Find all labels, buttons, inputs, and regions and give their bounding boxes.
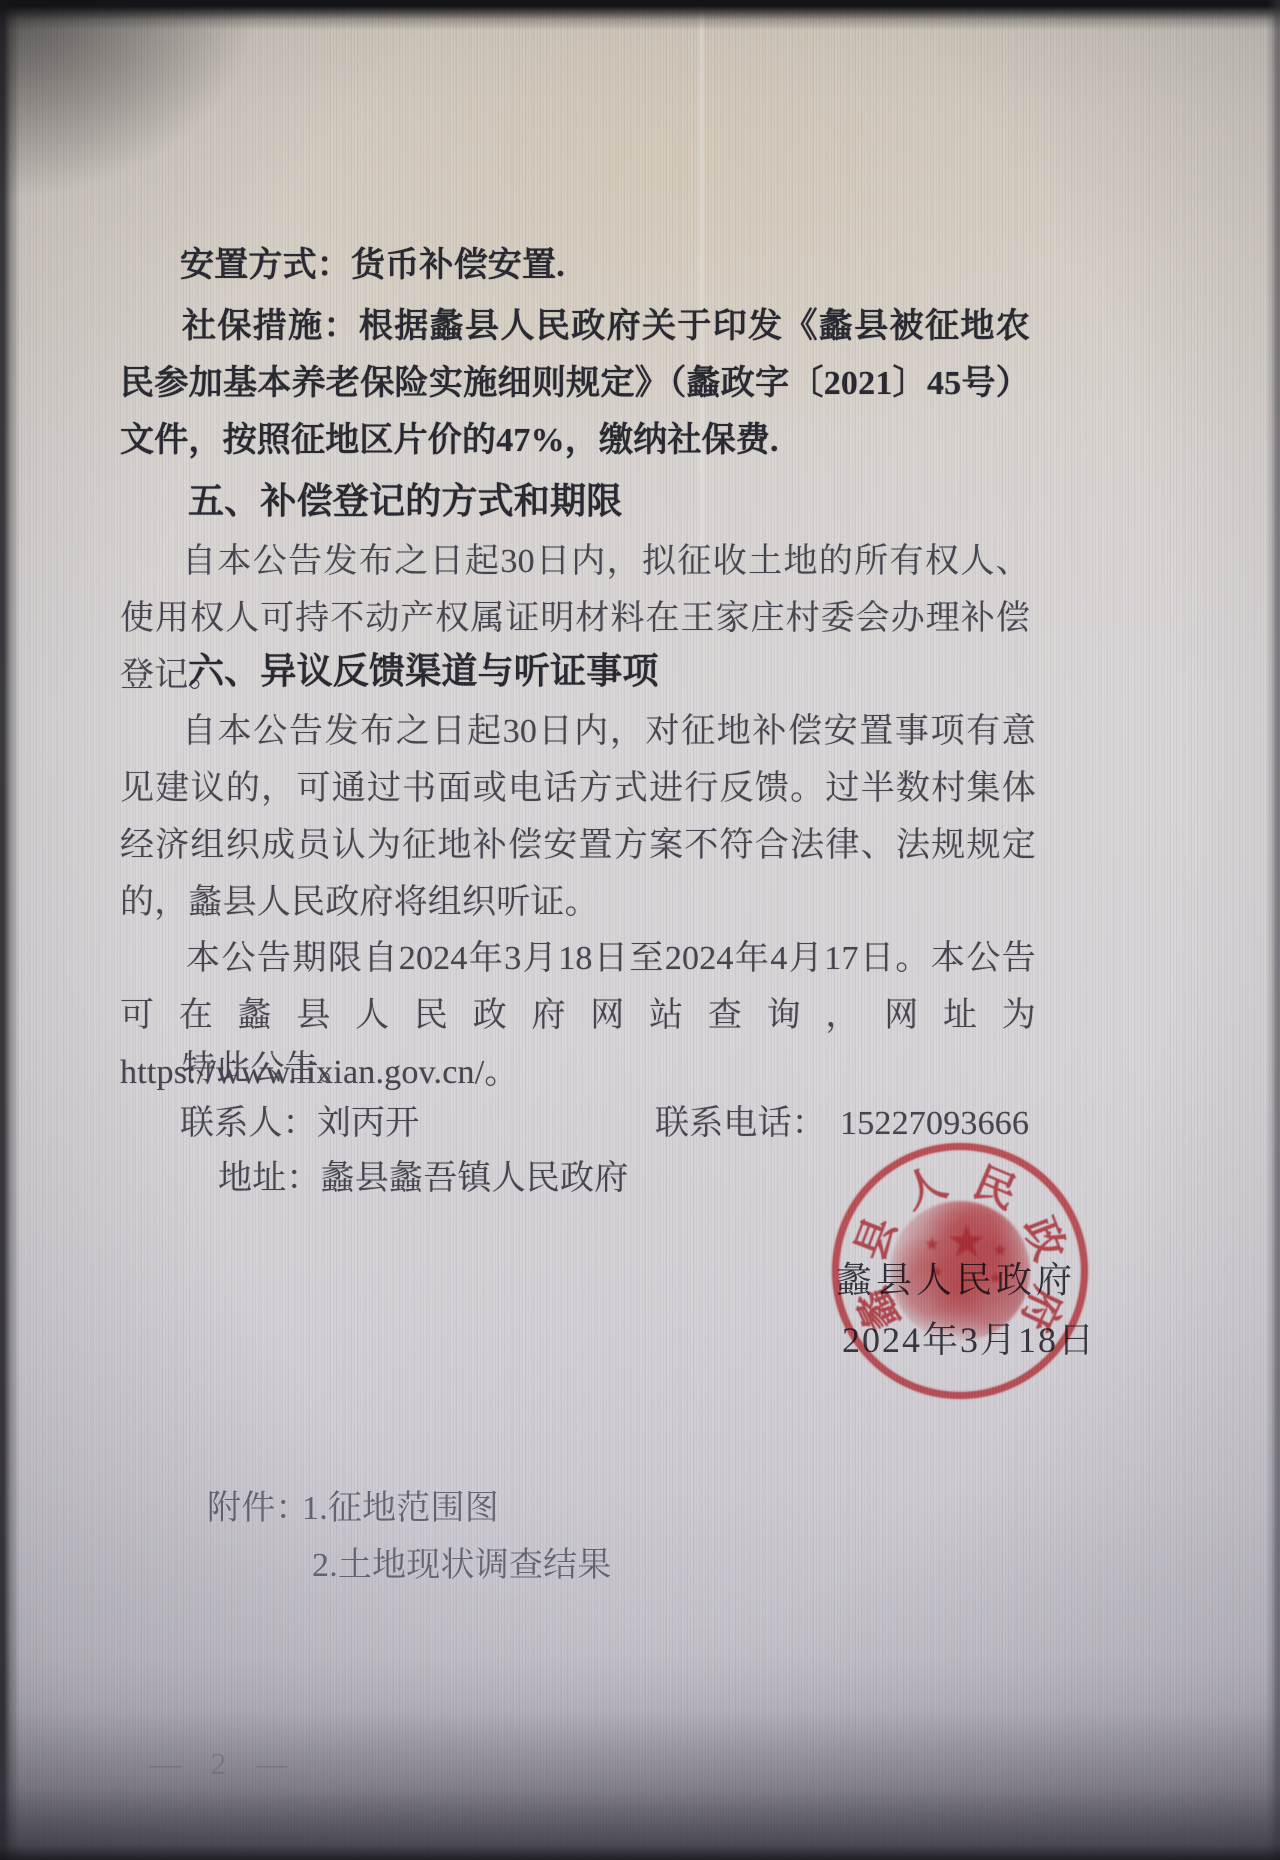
- attachments-label: 附件：: [207, 1480, 310, 1537]
- section-6-paragraph: 自本公告发布之日起30日内，对征地补偿安置事项有意见建议的，可通过书面或电话方式…: [120, 703, 1036, 931]
- attachment-item-1: 1.征地范围图: [302, 1480, 612, 1537]
- document-photo: 安置方式：货币补偿安置. 社保措施：根据蠡县人民政府关于印发《蠡县被征地农民参加…: [0, 0, 1280, 1860]
- contact-person-value: 刘丙开: [317, 1105, 420, 1142]
- address-line: 地址：蠡县蠡吾镇人民政府: [218, 1150, 628, 1207]
- contact-phone-label: 联系电话：: [655, 1105, 826, 1142]
- contact-phone-value: 15227093666: [840, 1105, 1029, 1142]
- attachments-list: 1.征地范围图 2.土地现状调查结果: [302, 1480, 612, 1594]
- section-5-heading: 五、补偿登记的方式和期限: [188, 473, 622, 530]
- address-value: 蠡县蠡吾镇人民政府: [321, 1160, 629, 1197]
- resettlement-method-line: 安置方式：货币补偿安置.: [180, 237, 565, 294]
- attachment-item-2: 2.土地现状调查结果: [312, 1537, 612, 1594]
- official-seal: ★ ★ ★ ★ ★ 蠡县人民政府: [832, 1143, 1088, 1399]
- announcement-page: 安置方式：货币补偿安置. 社保措施：根据蠡县人民政府关于印发《蠡县被征地农民参加…: [0, 0, 1280, 1860]
- section-6-heading: 六、异议反馈渠道与听证事项: [188, 643, 659, 700]
- address-label: 地址：: [218, 1160, 321, 1197]
- social-security-paragraph: 社保措施：根据蠡县人民政府关于印发《蠡县被征地农民参加基本养老保险实施细则规定》…: [120, 298, 1030, 469]
- contact-person-line: 联系人：刘丙开: [180, 1095, 419, 1152]
- closing-line: 特此公告。: [182, 1040, 353, 1097]
- seal-arc-text: 蠡县人民政府: [832, 1143, 1088, 1399]
- contact-person-label: 联系人：: [180, 1105, 317, 1142]
- page-number: — 2 —: [150, 1735, 289, 1792]
